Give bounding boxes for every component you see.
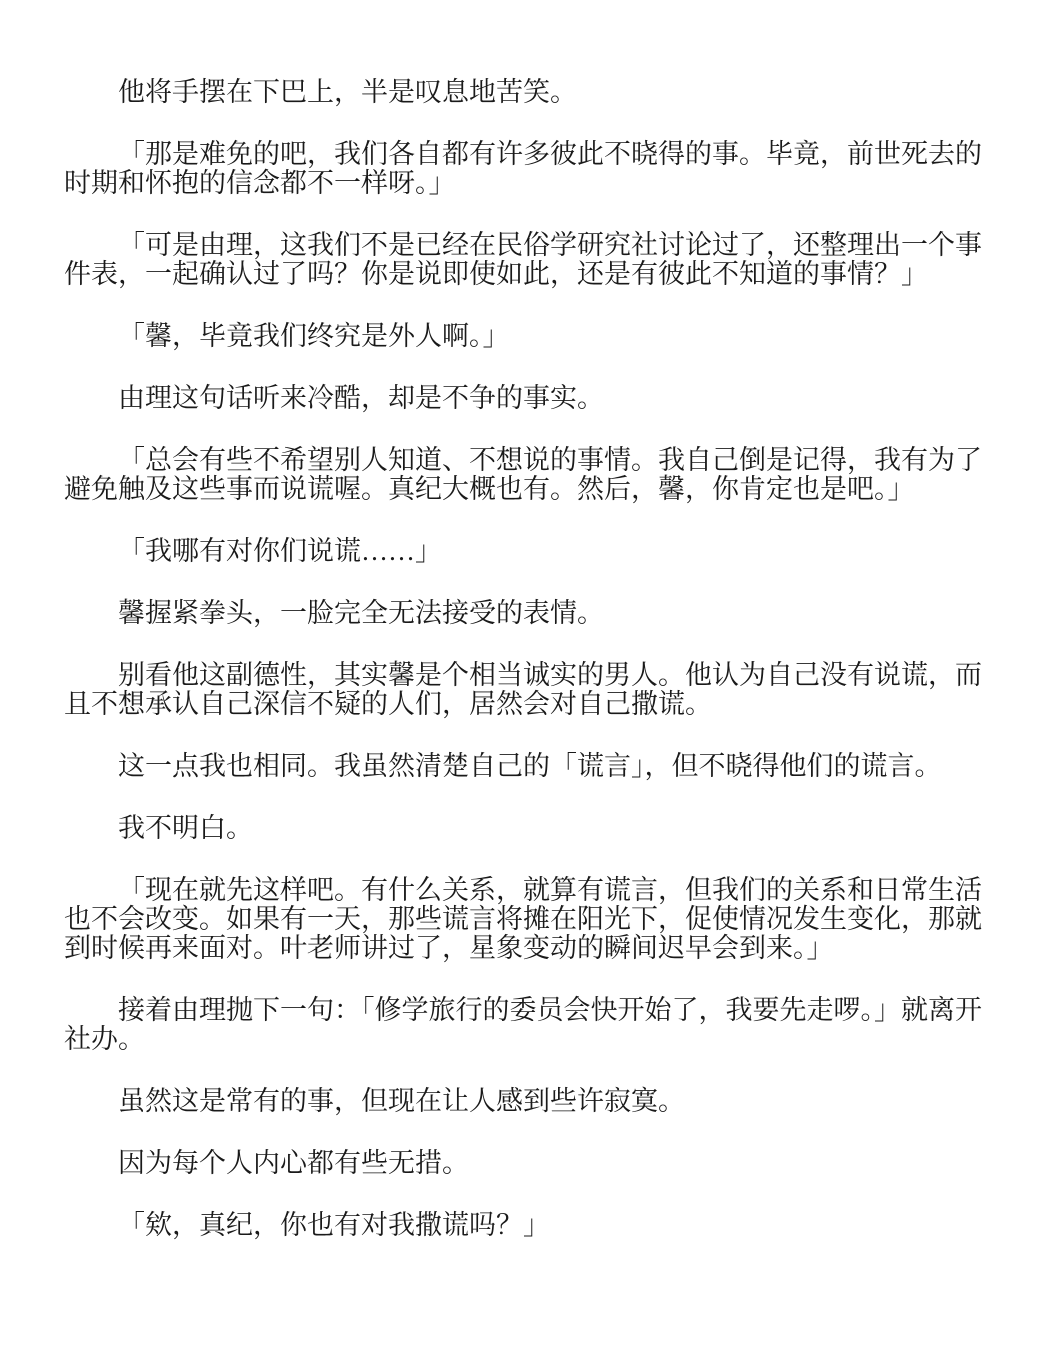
paragraph: 「欸，真纪，你也有对我撒谎吗？」: [64, 1211, 982, 1240]
paragraph: 这一点我也相同。我虽然清楚自己的「谎言」，但不晓得他们的谎言。: [64, 752, 982, 781]
paragraph: 「现在就先这样吧。有什么关系，就算有谎言，但我们的关系和日常生活也不会改变。如果…: [64, 876, 982, 963]
paragraph: 「那是难免的吧，我们各自都有许多彼此不晓得的事。毕竟，前世死去的时期和怀抱的信念…: [64, 140, 982, 198]
paragraph: 由理这句话听来冷酷，却是不争的事实。: [64, 384, 982, 413]
paragraph: 「总会有些不希望别人知道、不想说的事情。我自己倒是记得，我有为了避免触及这些事而…: [64, 446, 982, 504]
document-page: 他将手摆在下巴上，半是叹息地苦笑。 「那是难免的吧，我们各自都有许多彼此不晓得的…: [0, 0, 1046, 1354]
paragraph: 「馨，毕竟我们终究是外人啊。」: [64, 322, 982, 351]
paragraph: 「我哪有对你们说谎……」: [64, 537, 982, 566]
paragraph: 「可是由理，这我们不是已经在民俗学研究社讨论过了，还整理出一个事件表，一起确认过…: [64, 231, 982, 289]
paragraph: 馨握紧拳头，一脸完全无法接受的表情。: [64, 599, 982, 628]
paragraph: 别看他这副德性，其实馨是个相当诚实的男人。他认为自己没有说谎，而且不想承认自己深…: [64, 661, 982, 719]
paragraph: 我不明白。: [64, 814, 982, 843]
paragraph: 他将手摆在下巴上，半是叹息地苦笑。: [64, 78, 982, 107]
paragraph: 接着由理抛下一句：「修学旅行的委员会快开始了，我要先走啰。」就离开社办。: [64, 996, 982, 1054]
paragraph: 因为每个人内心都有些无措。: [64, 1149, 982, 1178]
paragraph: 虽然这是常有的事，但现在让人感到些许寂寞。: [64, 1087, 982, 1116]
